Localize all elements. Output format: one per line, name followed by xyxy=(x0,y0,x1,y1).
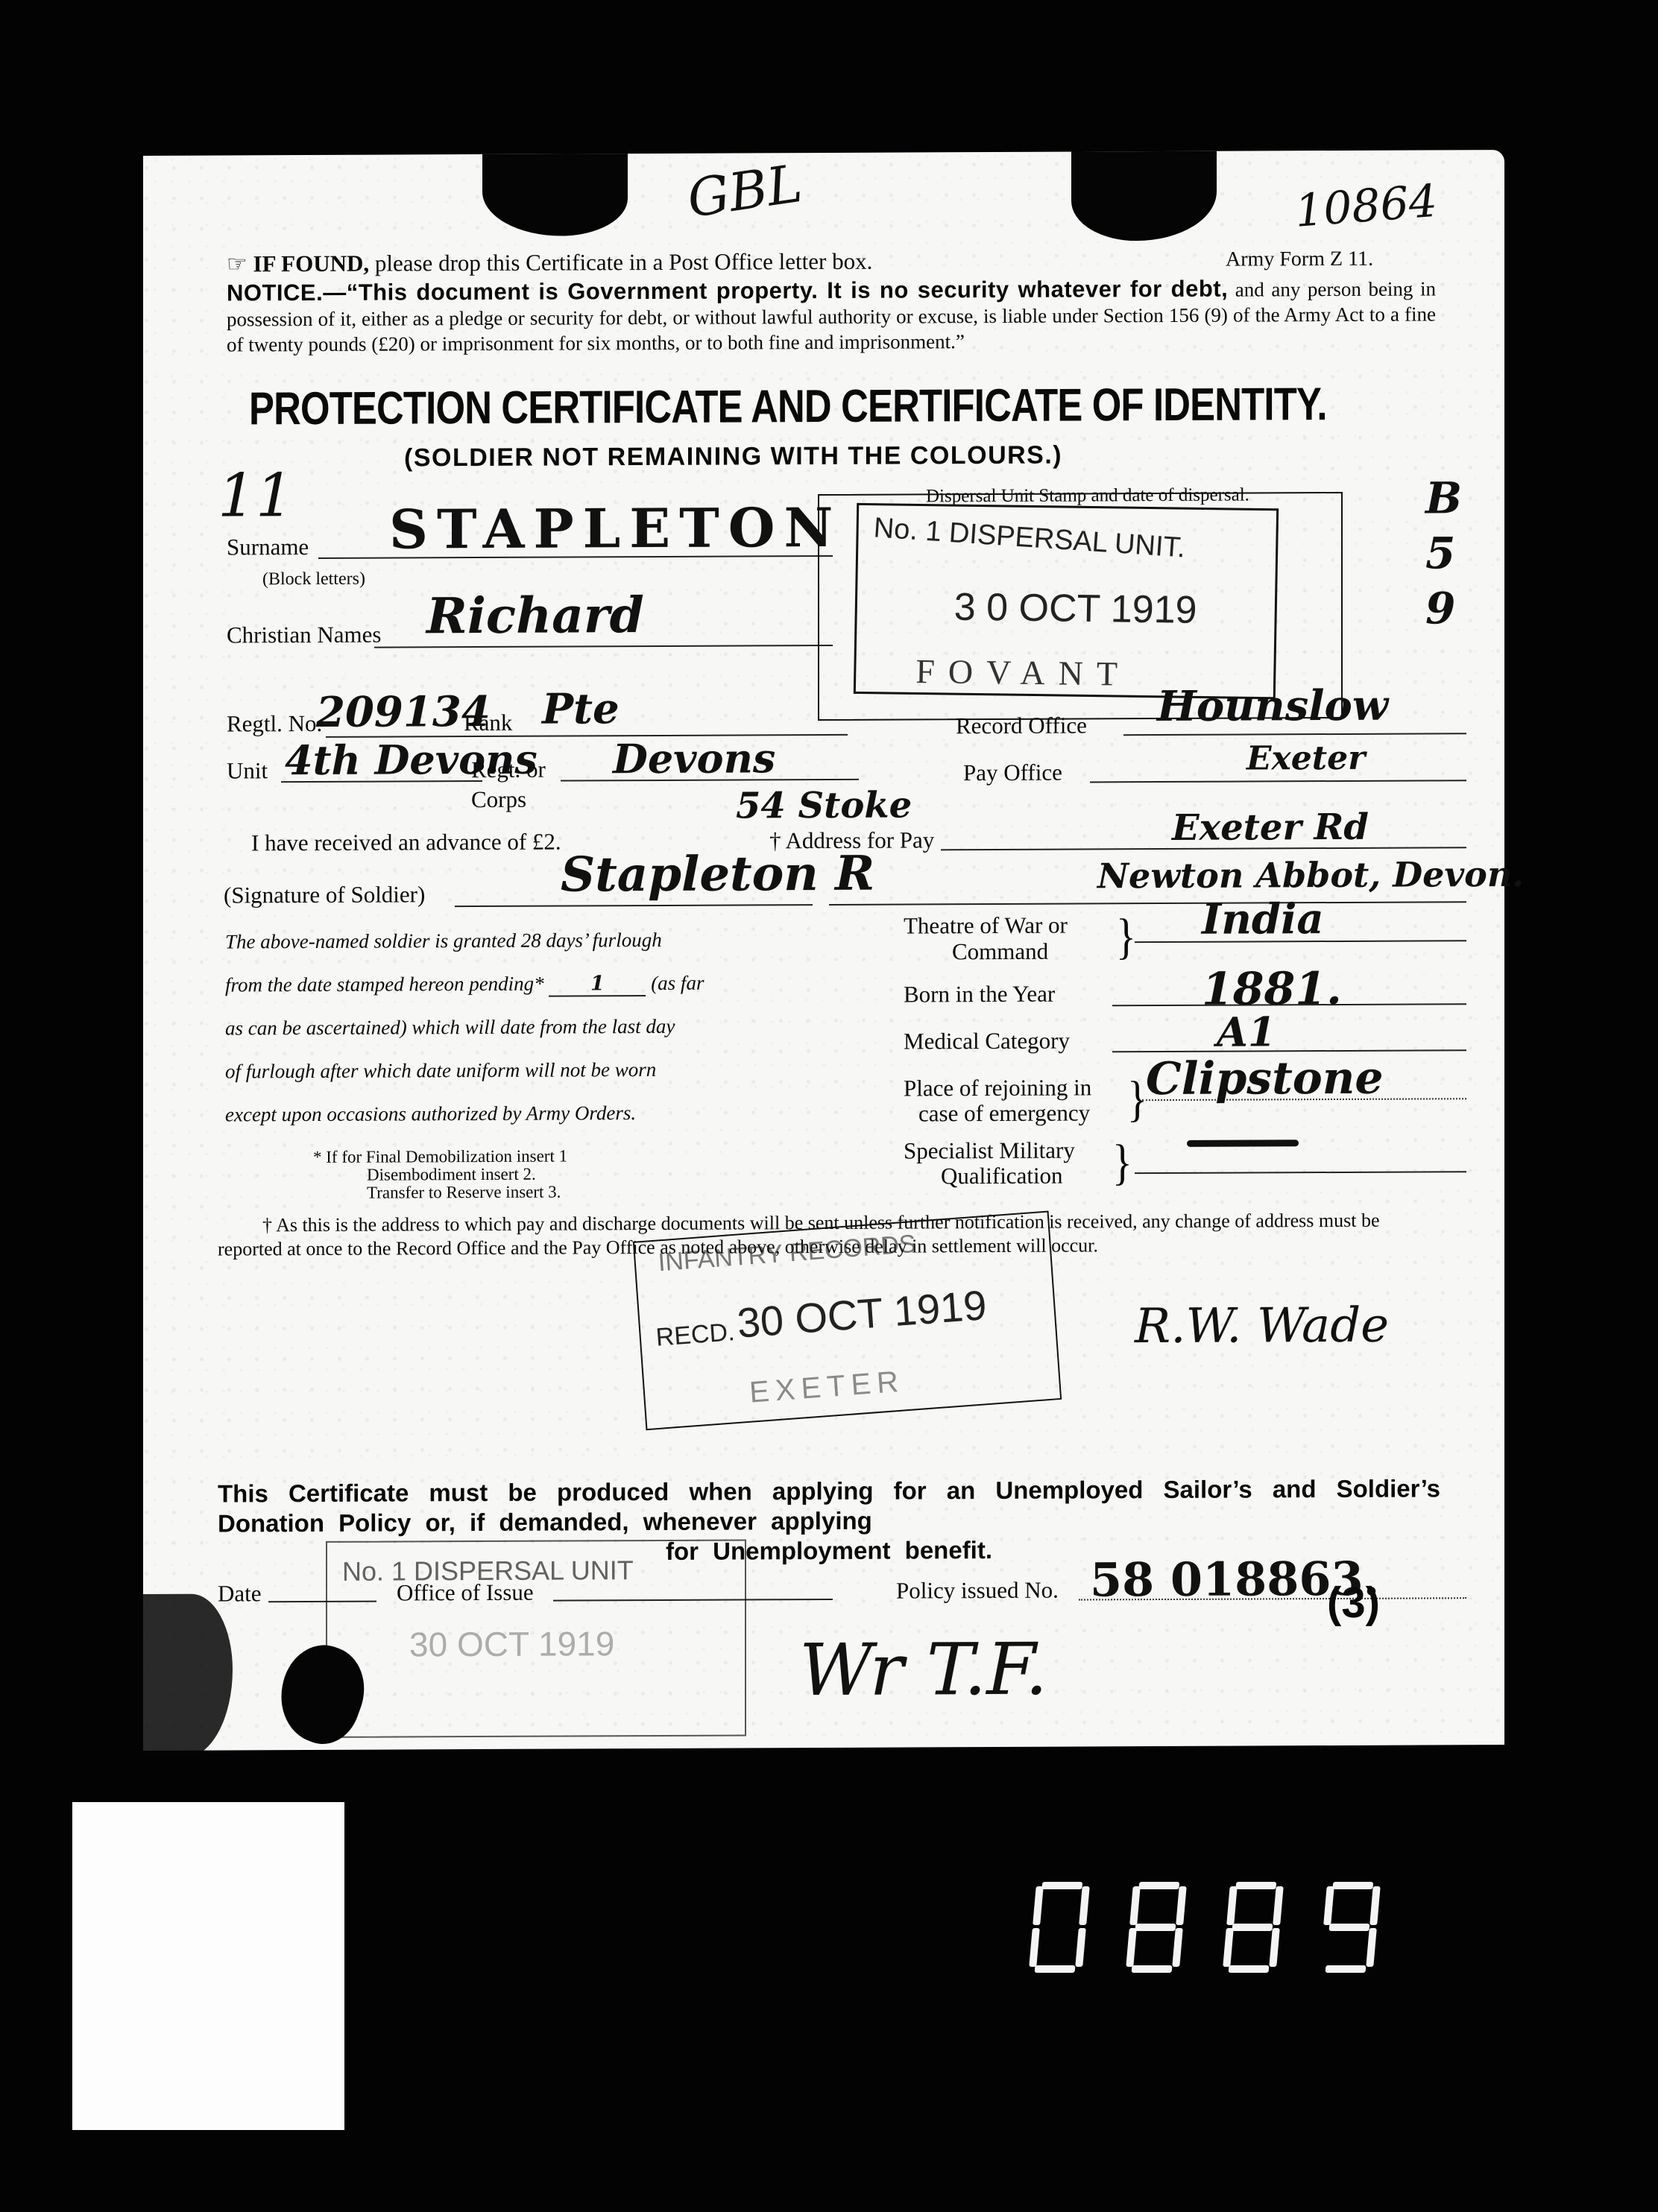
pay-office-value: Exeter xyxy=(1246,739,1365,778)
pay-office-label: Pay Office xyxy=(963,759,1062,787)
specialist-label-1: Specialist Military xyxy=(904,1137,1075,1165)
bottom-dispersal-stamp: No. 1 DISPERSAL UNIT 30 OCT 1919 xyxy=(326,1539,746,1737)
specialist-label-2: Qualification xyxy=(941,1163,1063,1190)
signature-label: (Signature of Soldier) xyxy=(224,881,425,908)
if-found-line: ☞ IF FOUND, please drop this Certificate… xyxy=(227,248,872,278)
insert-note-2: Disembodiment insert 2. xyxy=(367,1165,536,1185)
theatre-label-1: Theatre of War or xyxy=(904,912,1068,940)
notice-paragraph: NOTICE.—“This document is Government pro… xyxy=(227,275,1436,357)
records-received-stamp: INFANTRY RECORDS RECD. 30 OCT 1919 EXETE… xyxy=(633,1210,1062,1430)
surname-value: STAPLETON xyxy=(389,496,842,561)
address-value-line-3: Newton Abbot, Devon. xyxy=(1097,854,1524,896)
regt-or-label: Regt. or xyxy=(471,756,546,783)
counter-digit xyxy=(1223,1882,1282,1971)
official-signature: R.W. Wade xyxy=(1135,1298,1389,1354)
army-form-number: Army Form Z 11. xyxy=(1226,247,1373,272)
born-year-label: Born in the Year xyxy=(904,981,1055,1008)
counter-digit xyxy=(1126,1882,1185,1971)
tape-blot-right xyxy=(1071,151,1217,241)
address-value-line-1: 54 Stoke xyxy=(736,784,912,827)
surname-label: Surname xyxy=(227,534,309,560)
document-subtitle: (SOLDIER NOT REMAINING WITH THE COLOURS.… xyxy=(404,441,1062,473)
block-letters-note: (Block letters) xyxy=(262,569,365,590)
counter-digit xyxy=(1320,1882,1379,1971)
furlough-line-1: The above-named soldier is granted 28 da… xyxy=(225,929,662,954)
counter-digit xyxy=(1029,1882,1088,1971)
blank-white-card xyxy=(72,1802,344,2130)
bottom-initials: Wr T.F. xyxy=(799,1628,1047,1712)
theatre-label-2: Command xyxy=(952,938,1048,966)
handwritten-initials: GBL xyxy=(684,153,806,230)
theatre-value: India xyxy=(1202,894,1324,944)
right-margin-mark: B 5 9 xyxy=(1425,470,1470,636)
furlough-line-2: from the date stamped hereon pending* 1 … xyxy=(225,972,704,999)
rank-value: Pte xyxy=(542,684,620,733)
rejoin-place-value: Clipstone xyxy=(1146,1052,1384,1105)
regt-value: Devons xyxy=(613,734,775,783)
regtl-no-label: Regtl. No. xyxy=(227,710,322,738)
insert-note-3: Transfer to Reserve insert 3. xyxy=(367,1183,561,1203)
furlough-pending-value: 1 xyxy=(549,972,646,997)
specialist-struck-out xyxy=(1187,1140,1299,1147)
frame-counter xyxy=(1033,1882,1375,1971)
medical-category-label: Medical Category xyxy=(904,1028,1070,1055)
policy-issued-no-label: Policy issued No. xyxy=(896,1577,1059,1605)
sheet-number: (3) xyxy=(1327,1578,1380,1628)
pointing-hand-icon: ☞ xyxy=(227,250,248,276)
furlough-line-5: except upon occasions authorized by Army… xyxy=(225,1102,636,1126)
furlough-line-3: as can be ascertained) which will date f… xyxy=(225,1015,675,1040)
record-office-label: Record Office xyxy=(956,712,1087,739)
soldier-signature: Stapleton R xyxy=(561,846,874,903)
record-office-value: Hounslow xyxy=(1157,681,1388,731)
corps-label: Corps xyxy=(471,786,526,813)
tape-blot-left xyxy=(482,154,628,236)
rejoin-label-1: Place of rejoining in xyxy=(904,1074,1091,1102)
handwritten-reference-number: 10864 xyxy=(1293,175,1439,238)
furlough-line-4: of furlough after which date uniform wil… xyxy=(225,1058,656,1084)
document-title: PROTECTION CERTIFICATE AND CERTIFICATE O… xyxy=(249,378,1327,435)
christian-names-value: Richard xyxy=(426,586,644,645)
rejoin-label-2: case of emergency xyxy=(918,1099,1090,1127)
rank-label: Rank xyxy=(464,710,512,736)
address-value-line-2: Exeter Rd xyxy=(1172,806,1369,849)
certificate-page: 10864 GBL 11 B 5 9 ☞ IF FOUND, please dr… xyxy=(143,150,1504,1751)
torn-corner-shadow xyxy=(143,1593,233,1758)
date-label: Date xyxy=(218,1580,262,1607)
christian-names-label: Christian Names xyxy=(227,622,382,649)
medical-category-value: A1 xyxy=(1217,1008,1276,1055)
advance-text: I have received an advance of £2. xyxy=(251,829,561,857)
margin-mark: 11 xyxy=(218,461,294,530)
unit-label: Unit xyxy=(227,757,268,784)
